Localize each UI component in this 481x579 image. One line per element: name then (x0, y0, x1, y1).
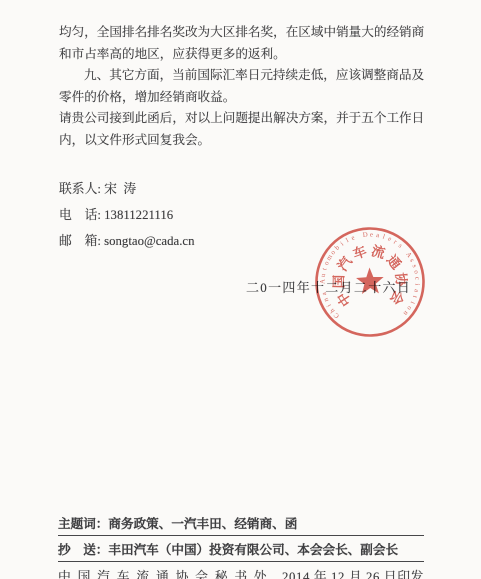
contact-row: 联系人: 宋 涛 (59, 176, 194, 202)
document-footer: 主题词：商务政策、一汽丰田、经销商、函 抄 送：丰田汽车（中国）投资有限公司、本… (58, 513, 424, 579)
svg-text:通: 通 (384, 252, 405, 273)
svg-text:o: o (412, 270, 420, 275)
subject-value: 商务政策、一汽丰田、经销商、函 (108, 517, 297, 531)
issuer-row: 中国汽车流通协会秘书处 2014 年 12 月 26 日印发 (58, 562, 424, 579)
body-line: 均匀，全国排名排名奖改为大区排名奖，在区域中销量大的经销商 (59, 22, 425, 44)
print-date: 2014 年 12 月 26 日印发 (282, 566, 424, 579)
svg-text:i: i (326, 303, 333, 308)
svg-text:汽: 汽 (334, 253, 355, 274)
body-line: 零件的价格，增加经销商收益。 (59, 87, 425, 109)
svg-text:i: i (409, 300, 416, 305)
contact-value: 13811221116 (104, 208, 173, 222)
subject-keywords-row: 主题词：商务政策、一汽丰田、经销商、函 (58, 513, 424, 536)
svg-text:A: A (319, 279, 326, 284)
official-seal-stamp: ChinaAutomobileDealersAssociation中国汽车流通协… (307, 219, 433, 345)
svg-text:t: t (411, 295, 418, 299)
svg-text:n: n (322, 296, 330, 302)
svg-text:e: e (370, 231, 373, 238)
svg-text:e: e (387, 235, 393, 243)
contact-row: 邮 箱: songtao@cada.cn (59, 228, 194, 254)
svg-text:a: a (412, 289, 419, 293)
svg-text:l: l (345, 237, 350, 244)
svg-text:i: i (413, 283, 420, 285)
svg-text:c: c (413, 276, 420, 280)
seal-graphic: ChinaAutomobileDealersAssociation中国汽车流通协… (307, 219, 433, 345)
cc-label: 抄 送： (58, 543, 108, 557)
scanned-letter-page: 均匀，全国排名排名奖改为大区排名奖，在区域中销量大的经销商和市占率高的地区，应获… (0, 0, 481, 579)
svg-text:协: 协 (393, 272, 410, 287)
svg-text:s: s (397, 242, 404, 249)
svg-text:l: l (382, 233, 386, 240)
svg-text:i: i (339, 241, 345, 248)
svg-text:会: 会 (387, 288, 408, 308)
svg-text:国: 国 (330, 274, 346, 288)
svg-text:a: a (376, 232, 380, 239)
svg-text:中: 中 (333, 290, 354, 310)
contact-row: 电 话: 13811221116 (59, 202, 194, 228)
contact-label: 邮 箱: (59, 234, 104, 248)
subject-label: 主题词： (58, 517, 108, 531)
body-line: 请贵公司接到此函后，对以上问题提出解决方案，并于五个工作日 (59, 108, 425, 130)
body-line: 内，以文件形式回复我会。 (59, 130, 425, 152)
contact-label: 电 话: (59, 208, 104, 222)
svg-text:n: n (401, 309, 409, 317)
svg-text:r: r (392, 239, 398, 247)
svg-text:s: s (410, 264, 418, 269)
svg-text:b: b (334, 244, 342, 252)
cc-row: 抄 送：丰田汽车（中国）投资有限公司、本会会长、副会长 (58, 536, 424, 562)
svg-text:u: u (320, 273, 327, 278)
svg-text:流: 流 (370, 242, 388, 261)
svg-text:t: t (321, 267, 328, 271)
svg-text:车: 车 (350, 242, 369, 262)
svg-text:e: e (350, 234, 355, 242)
letter-body: 均匀，全国排名排名奖改为大区排名奖，在区域中销量大的经销商和市占率高的地区，应获… (59, 22, 425, 152)
contact-block: 联系人: 宋 涛电 话: 13811221116邮 箱: songtao@cad… (59, 176, 194, 254)
svg-text:D: D (362, 232, 368, 239)
body-line: 和市占率高的地区，应获得更多的返利。 (59, 44, 425, 66)
svg-text:s: s (408, 258, 416, 264)
svg-text:a: a (321, 291, 329, 296)
svg-text:h: h (328, 307, 336, 314)
contact-value: songtao@cada.cn (104, 234, 194, 248)
contact-label: 联系人: (59, 182, 104, 196)
cc-value: 丰田汽车（中国）投资有限公司、本会会长、副会长 (108, 543, 398, 557)
issuer-name: 中国汽车流通协会秘书处 (58, 566, 274, 579)
contact-value: 宋 涛 (104, 182, 136, 196)
body-line: 九、其它方面，当前国际汇率日元持续走低，应该调整商品及 (59, 65, 425, 87)
